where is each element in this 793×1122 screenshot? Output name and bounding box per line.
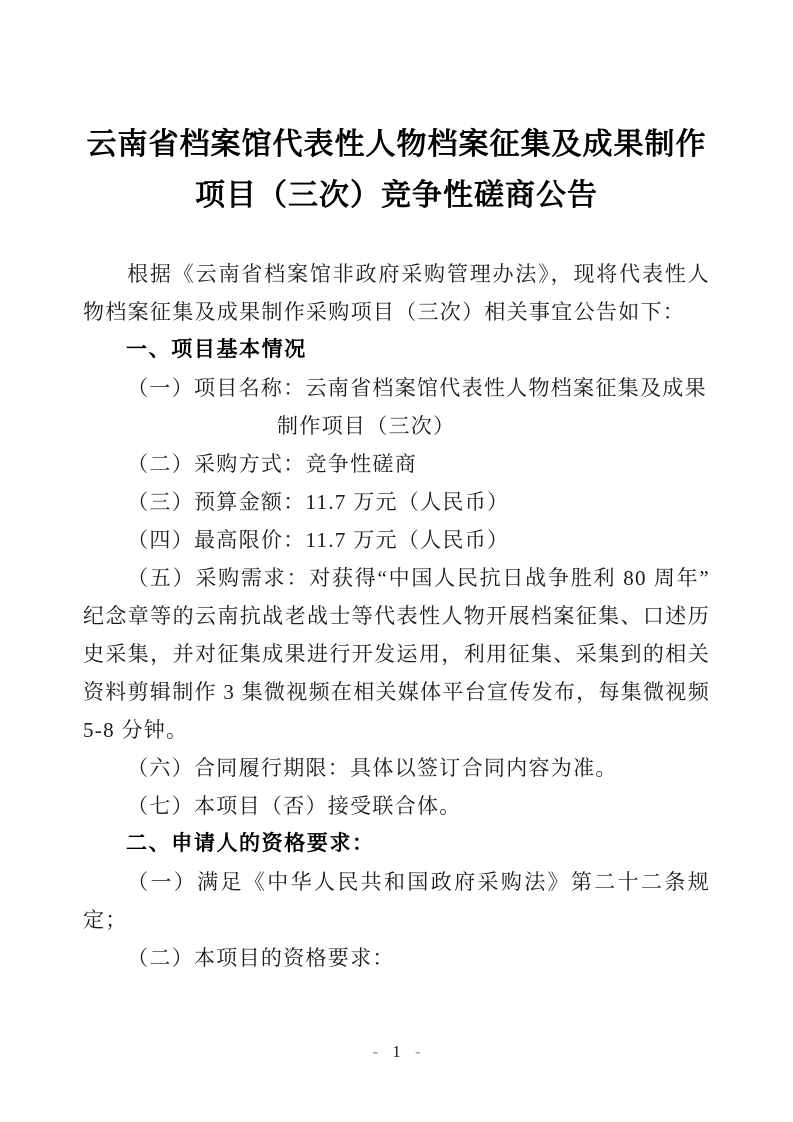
document-body: 根据《云南省档案馆非政府采购管理办法》，现将代表性人物档案征集及成果制作采购项目… bbox=[83, 255, 710, 977]
item-project-name-line-1: （一）项目名称：云南省档案馆代表性人物档案征集及成果 bbox=[83, 369, 710, 407]
item-procurement-requirements: （五）采购需求：对获得“中国人民抗日战争胜利 80 周年”纪念章等的云南抗战老战… bbox=[83, 559, 710, 749]
page-footer: - 1 - bbox=[0, 1038, 793, 1066]
document-content: 云南省档案馆代表性人物档案征集及成果制作 项目（三次）竞争性磋商公告 根据《云南… bbox=[83, 0, 710, 977]
footer-left-dash: - bbox=[372, 1042, 378, 1061]
document-title-line-1: 云南省档案馆代表性人物档案征集及成果制作 bbox=[83, 119, 710, 170]
item-qualification-law: （一）满足《中华人民共和国政府采购法》第二十二条规定； bbox=[83, 863, 710, 939]
document-page: 云南省档案馆代表性人物档案征集及成果制作 项目（三次）竞争性磋商公告 根据《云南… bbox=[0, 0, 793, 1122]
item-consortium: （七）本项目（否）接受联合体。 bbox=[83, 787, 710, 825]
section-2-heading: 二、申请人的资格要求： bbox=[83, 825, 710, 863]
item-contract-period: （六）合同履行期限：具体以签订合同内容为准。 bbox=[83, 749, 710, 787]
item-procurement-method: （二）采购方式：竞争性磋商 bbox=[83, 445, 710, 483]
item-qualification-project: （二）本项目的资格要求： bbox=[83, 939, 710, 977]
document-title: 云南省档案馆代表性人物档案征集及成果制作 项目（三次）竞争性磋商公告 bbox=[83, 0, 710, 221]
item-price-ceiling: （四）最高限价：11.7 万元（人民币） bbox=[83, 521, 710, 559]
footer-page-number: 1 bbox=[392, 1042, 401, 1061]
intro-paragraph: 根据《云南省档案馆非政府采购管理办法》，现将代表性人物档案征集及成果制作采购项目… bbox=[83, 255, 710, 331]
item-project-name-line-2: 制作项目（三次） bbox=[83, 407, 710, 445]
footer-right-dash: - bbox=[415, 1042, 421, 1061]
section-1-heading: 一、项目基本情况 bbox=[83, 331, 710, 369]
item-budget-amount: （三）预算金额：11.7 万元（人民币） bbox=[83, 483, 710, 521]
document-title-line-2: 项目（三次）竞争性磋商公告 bbox=[83, 170, 710, 221]
